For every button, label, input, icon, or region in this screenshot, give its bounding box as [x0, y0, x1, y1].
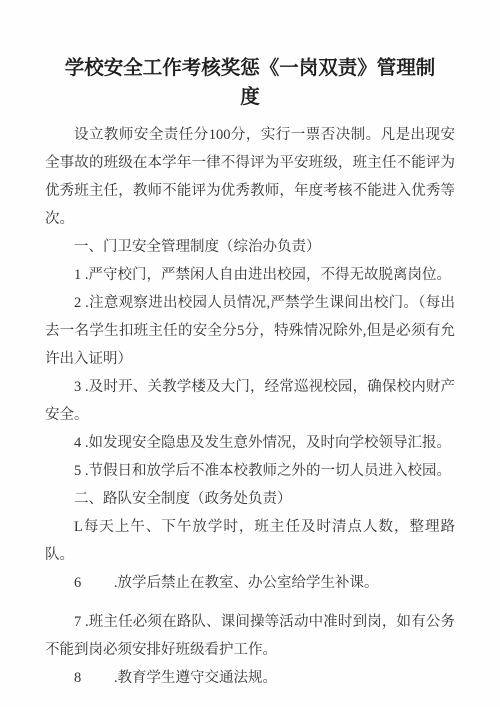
queue-rule-1: L每天上午、下午放学时，班主任及时清点人数，整理路队。 [45, 513, 455, 569]
queue-rule-7: 7 .班主任必须在路队、课间操等活动中准时到岗，如有公务不能到岗必须安排好班级看… [45, 608, 455, 664]
section-1-heading: 一、门卫安全管理制度（综治办负责） [45, 233, 455, 261]
gate-rule-2: 2 .注意观察进出校园人员情况,严禁学生课间出校门。（每出去一名学生扣班主任的安… [45, 289, 455, 373]
document-page: 学校安全工作考核奖惩《一岗双责》管理制度 设立教师安全责任分100分，实行一票否… [0, 0, 500, 707]
document-title: 学校安全工作考核奖惩《一岗双责》管理制度 [59, 54, 441, 112]
gate-rule-5: 5 .节假日和放学后不准本校教师之外的一切人员进入校园。 [45, 457, 455, 485]
gate-rule-4: 4 .如发现安全隐患及发生意外情况，及时向学校领导汇报。 [45, 429, 455, 457]
gate-rule-1: 1 .严守校门，严禁闲人自由进出校园，不得无故脱离岗位。 [45, 261, 455, 289]
intro-paragraph: 设立教师安全责任分100分，实行一票否决制。凡是出现安全事故的班级在本学年一律不… [45, 121, 455, 233]
queue-rule-6: 6 .放学后禁止在教室、办公室给学生补课。 [45, 569, 455, 597]
section-2-heading: 二、路队安全制度（政务处负责） [45, 485, 455, 513]
gate-rule-3: 3 .及时开、关教学楼及大门，经常巡视校园，确保校内财产安全。 [45, 373, 455, 429]
queue-rule-8: 8 .教育学生遵守交通法规。 [45, 664, 455, 692]
